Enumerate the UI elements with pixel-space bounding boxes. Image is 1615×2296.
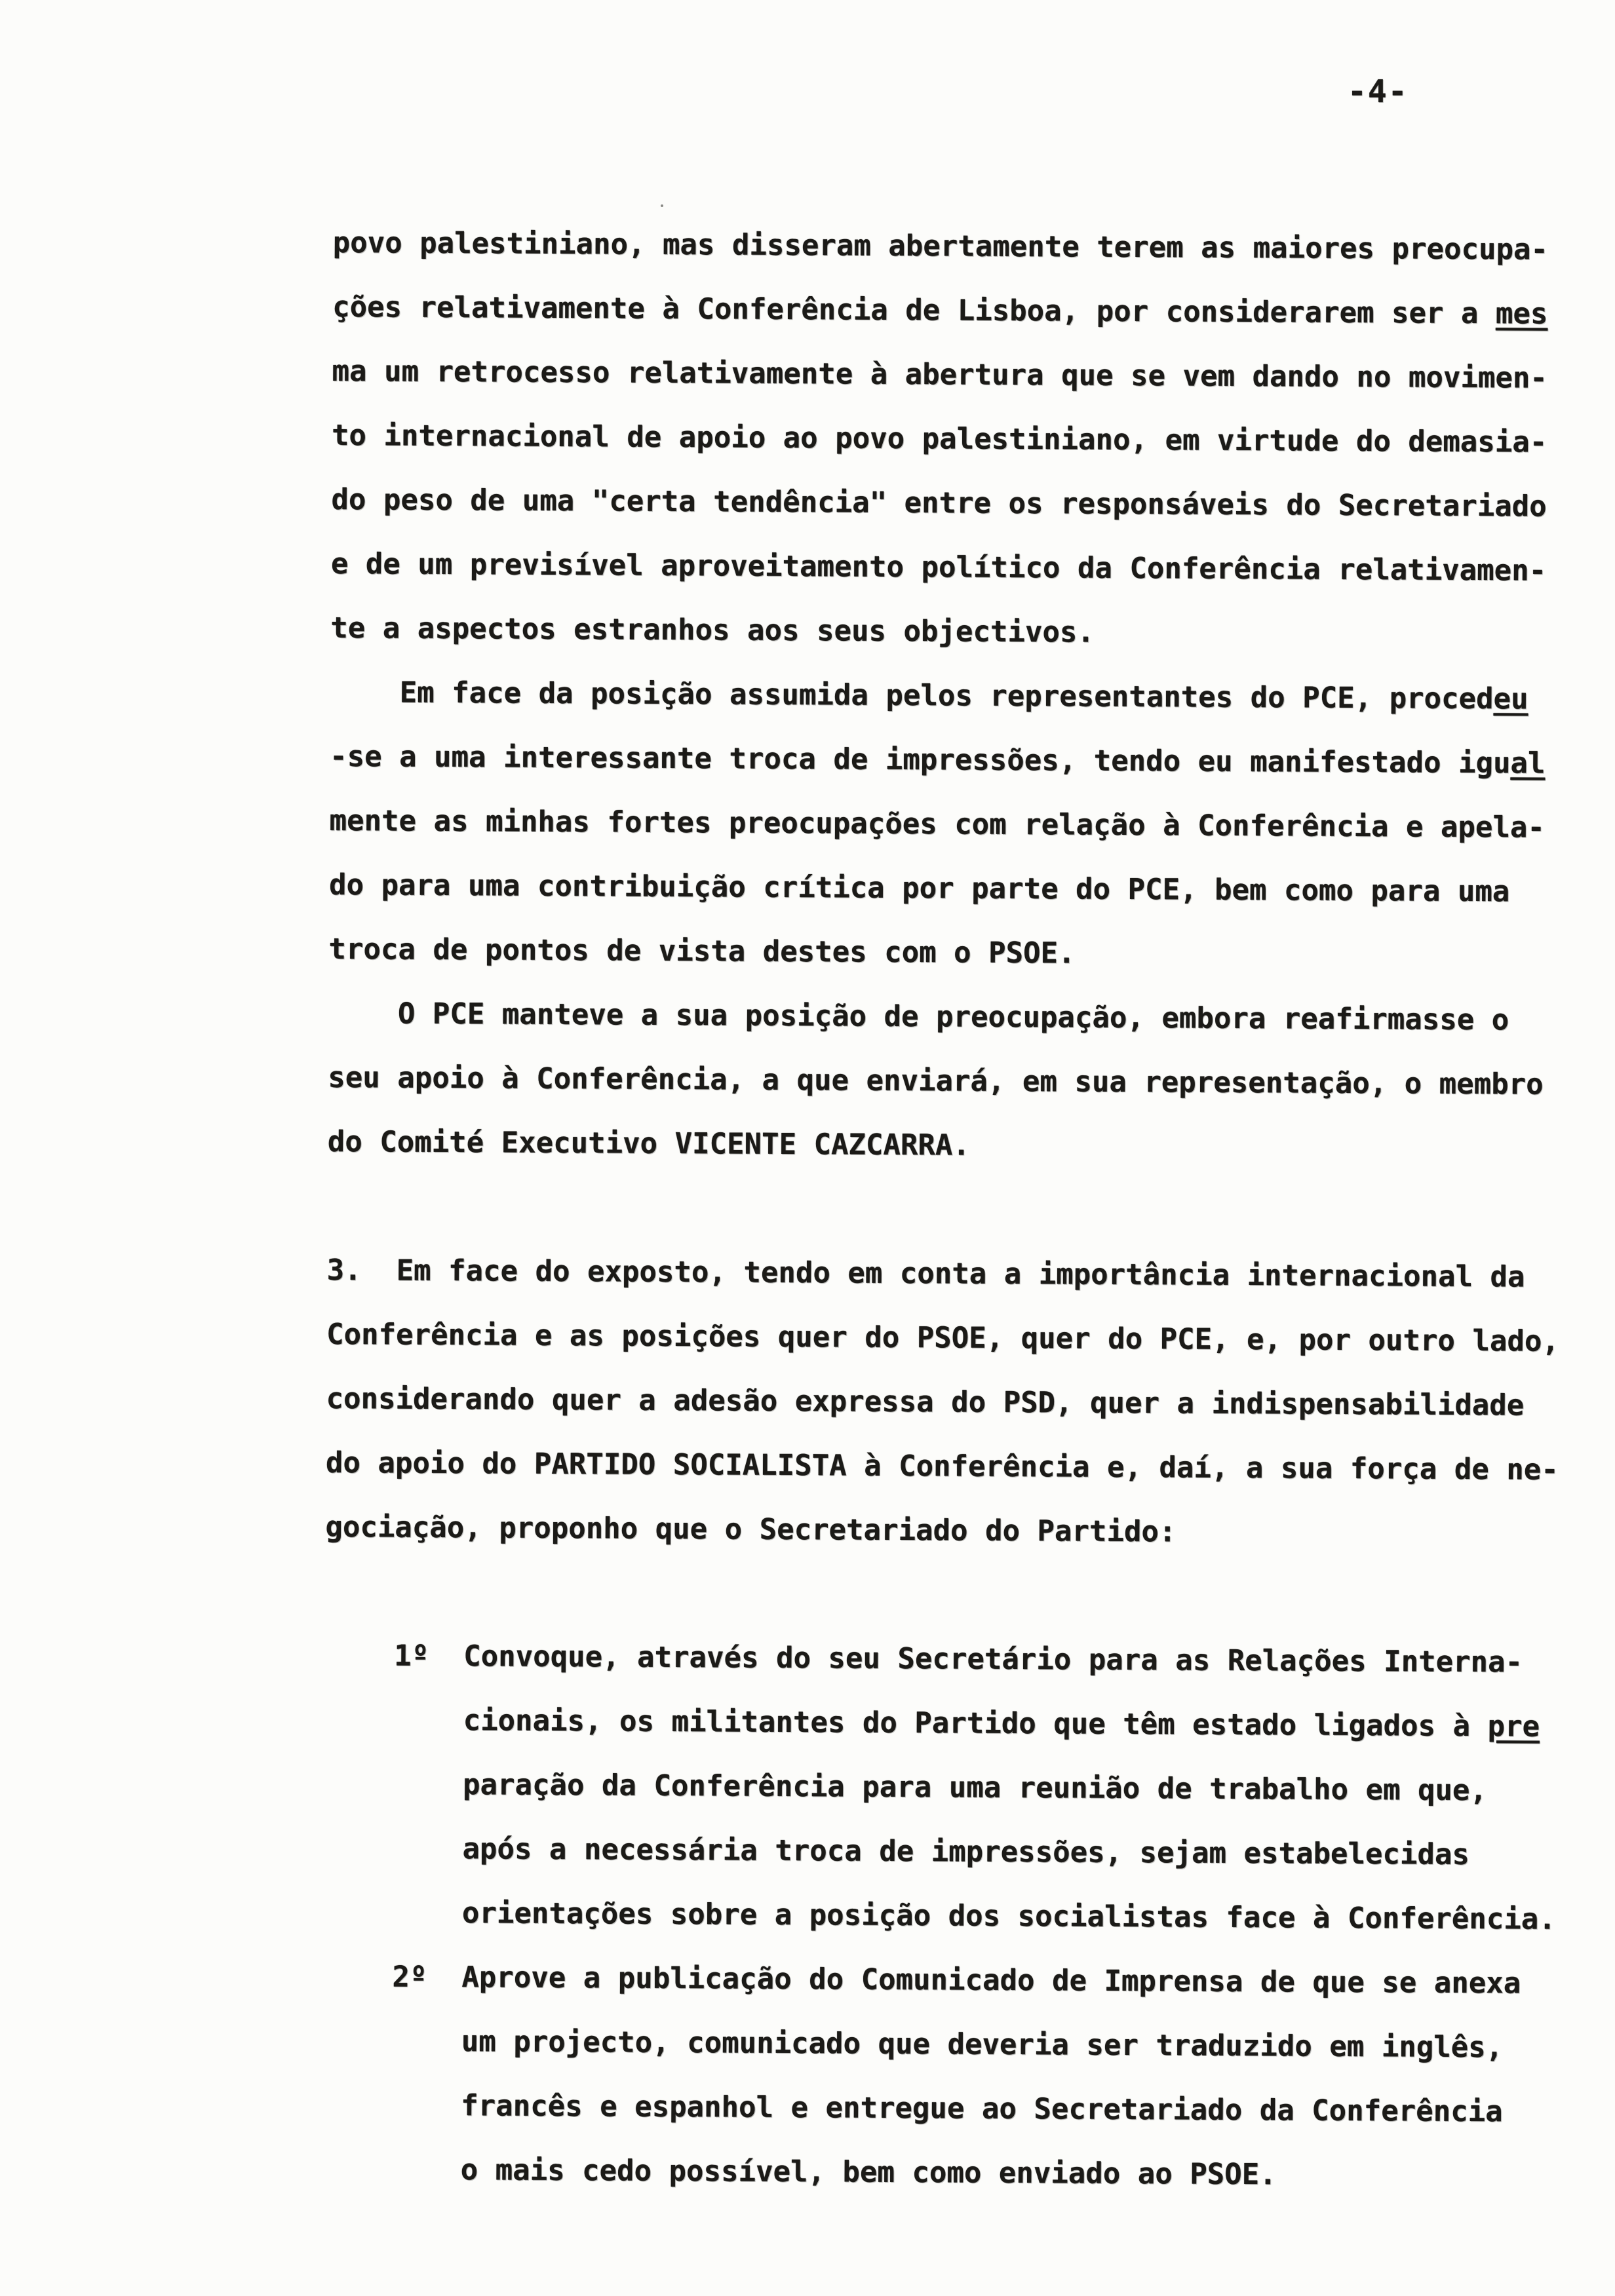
text-segment: do Comité Executivo VICENTE CAZCARRA. bbox=[328, 1125, 970, 1162]
text-segment: povo palestiniano, mas disseram abertame… bbox=[333, 226, 1549, 267]
text-segment: Em face da posição assumida pelos repres… bbox=[330, 676, 1494, 716]
typewritten-line: do para uma contribuição crítica por par… bbox=[329, 853, 1601, 925]
text-segment: 1º Convoque, através do seu Secretário p… bbox=[324, 1639, 1523, 1679]
text-segment: do apoio do PARTIDO SOCIALISTA à Conferê… bbox=[326, 1446, 1559, 1487]
text-segment: ções relativamente à Conferência de Lisb… bbox=[332, 290, 1496, 330]
blank-line bbox=[325, 1559, 1597, 1631]
typewritten-line: orientações sobre a posição dos socialis… bbox=[323, 1881, 1595, 1952]
typewritten-line: gociação, proponho que o Secretariado do… bbox=[325, 1495, 1597, 1567]
text-segment: 3. Em face do exposto, tendo em conta a … bbox=[327, 1253, 1525, 1294]
typewritten-line: te a aspectos estranhos aos seus objecti… bbox=[330, 596, 1603, 668]
text-segment: -se a uma interessante troca de impressõ… bbox=[330, 740, 1511, 780]
page-number: -4- bbox=[1348, 73, 1409, 110]
typewritten-line: troca de pontos de vista destes com o PS… bbox=[328, 917, 1601, 989]
typewritten-line: do apoio do PARTIDO SOCIALISTA à Conferê… bbox=[326, 1431, 1598, 1502]
typewritten-line: cionais, os militantes do Partido que tê… bbox=[324, 1688, 1596, 1759]
typewritten-line: Conferência e as posições quer do PSOE, … bbox=[326, 1303, 1599, 1374]
text-segment: um projecto, comunicado que deveria ser … bbox=[322, 2024, 1504, 2064]
typewritten-line: seu apoio à Conferência, a que enviará, … bbox=[328, 1046, 1600, 1117]
typewritten-line: do Comité Executivo VICENTE CAZCARRA. bbox=[328, 1110, 1600, 1181]
typewritten-line: mente as minhas fortes preocupações com … bbox=[329, 789, 1601, 860]
text-segment: e de um previsível aproveitamento políti… bbox=[331, 547, 1547, 588]
underlined-segment: al bbox=[1510, 746, 1545, 780]
typewritten-line: um projecto, comunicado que deveria ser … bbox=[322, 2009, 1595, 2080]
typewritten-line: 1º Convoque, através do seu Secretário p… bbox=[324, 1624, 1597, 1695]
text-segment: orientações sobre a posição dos socialis… bbox=[323, 1896, 1556, 1936]
text-segment: o mais cedo possível, bem como enviado a… bbox=[322, 2152, 1277, 2191]
scan-speck bbox=[661, 204, 663, 207]
document-lines: povo palestiniano, mas disseram abertame… bbox=[322, 211, 1605, 2209]
document-page: -4- povo palestiniano, mas disseram aber… bbox=[0, 0, 1615, 2296]
typewritten-line: 2º Aprove a publicação do Comunicado de … bbox=[322, 1945, 1595, 2016]
typewritten-line: considerando quer a adesão expressa do P… bbox=[326, 1367, 1598, 1438]
typewritten-line: to internacional de apoio ao povo palest… bbox=[332, 404, 1604, 475]
typewritten-line: francês e espanhol e entregue ao Secreta… bbox=[322, 2073, 1594, 2145]
underlined-segment: mes bbox=[1496, 297, 1548, 330]
text-segment: Conferência e as posições quer do PSOE, … bbox=[326, 1318, 1559, 1358]
text-segment: paração da Conferência para uma reunião … bbox=[324, 1767, 1487, 1807]
typewritten-line: O PCE manteve a sua posição de preocupaç… bbox=[328, 982, 1601, 1053]
text-segment: gociação, proponho que o Secretariado do… bbox=[325, 1510, 1176, 1548]
typewritten-line: Em face da posição assumida pelos repres… bbox=[330, 660, 1602, 732]
blank-line bbox=[327, 1174, 1599, 1246]
text-segment: considerando quer a adesão expressa do P… bbox=[326, 1382, 1524, 1423]
text-segment: do para uma contribuição crítica por par… bbox=[329, 868, 1510, 908]
typewritten-line: ções relativamente à Conferência de Lisb… bbox=[332, 275, 1605, 347]
text-segment: mente as minhas fortes preocupações com … bbox=[329, 804, 1545, 845]
text-segment: O PCE manteve a sua posição de preocupaç… bbox=[328, 997, 1509, 1037]
typewritten-line: povo palestiniano, mas disseram abertame… bbox=[332, 211, 1605, 282]
text-segment: cionais, os militantes do Partido que tê… bbox=[324, 1703, 1488, 1743]
text-segment: ma um retrocesso relativamente à abertur… bbox=[332, 354, 1547, 395]
underlined-segment: pre bbox=[1487, 1710, 1540, 1743]
typewritten-line: o mais cedo possível, bem como enviado a… bbox=[322, 2137, 1594, 2209]
text-segment: seu apoio à Conferência, a que enviará, … bbox=[328, 1061, 1544, 1101]
typewritten-line: após a necessária troca de impressões, s… bbox=[323, 1816, 1595, 1888]
typewritten-line: paração da Conferência para uma reunião … bbox=[324, 1752, 1596, 1824]
typewritten-line: 3. Em face do exposto, tendo em conta a … bbox=[326, 1238, 1599, 1310]
typewritten-line: do peso de uma "certa tendência" entre o… bbox=[331, 468, 1603, 539]
typewritten-line: -se a uma interessante troca de impressõ… bbox=[330, 725, 1602, 796]
text-segment: troca de pontos de vista destes com o PS… bbox=[328, 932, 1075, 970]
underlined-segment: eu bbox=[1493, 682, 1528, 716]
text-segment: após a necessária troca de impressões, s… bbox=[323, 1831, 1469, 1871]
text-segment: francês e espanhol e entregue ao Secreta… bbox=[322, 2088, 1503, 2128]
text-segment: 2º Aprove a publicação do Comunicado de … bbox=[322, 1960, 1521, 2000]
typewritten-line: ma um retrocesso relativamente à abertur… bbox=[332, 339, 1604, 411]
text-segment: to internacional de apoio ao povo palest… bbox=[332, 419, 1547, 459]
text-segment: do peso de uma "certa tendência" entre o… bbox=[331, 483, 1547, 524]
text-segment: te a aspectos estranhos aos seus objecti… bbox=[330, 611, 1095, 649]
typewritten-line: e de um previsível aproveitamento políti… bbox=[331, 532, 1603, 603]
